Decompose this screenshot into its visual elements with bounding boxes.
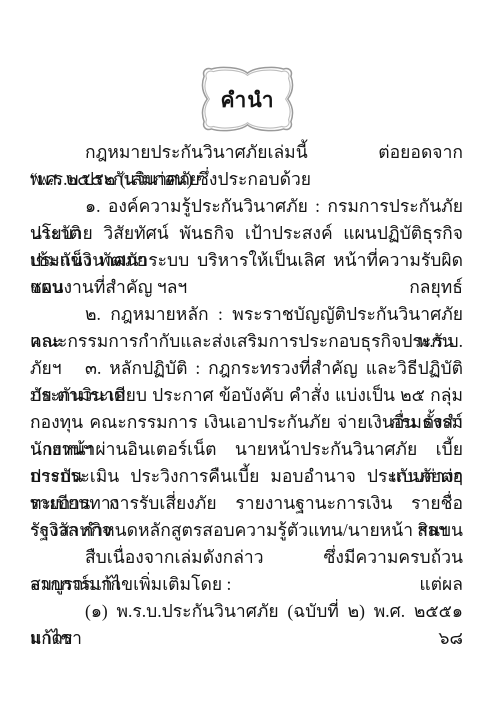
- paragraph: สืบเนื่องจากเล่มดังกล่าว ซึ่งมีความครบถ้…: [30, 544, 463, 598]
- text-line: ๑. องค์ความรู้ประกันวินาศภัย : กรมการประ…: [30, 193, 463, 220]
- text-line: นโยบาย วิสัยทัศน์ พันธกิจ เป้าประสงค์ แผ…: [30, 220, 463, 247]
- text-line: การประเมิน ประวิงการคืนเบี้ย มอบอำนาจ ปร…: [30, 463, 463, 490]
- text-line: คณะกรรมการกำกับและส่งเสริมการประกอบธุรกิ…: [30, 328, 463, 355]
- text-line: ทะเบียน การรับเสี่ยงภัย รายงานฐานะการเงิ…: [30, 490, 463, 517]
- document-page: คำนำ กฎหมายประกันวินาศภัยเล่มนี้ ต่อยอดจ…: [0, 0, 491, 718]
- paragraph: ๑. องค์ความรู้ประกันวินาศภัย : กรมการประ…: [30, 193, 463, 301]
- text-line: นายหน้าผ่านอินเตอร์เน็ต นายหน้าประกันวิน…: [30, 436, 463, 463]
- paragraph: ๒. กฎหมายหลัก : พระราชบัญญัติประกันวินาศ…: [30, 301, 463, 355]
- text-line: กองทุน คณะกรรมการ เงินเอาประกันภัย จ่ายเ…: [30, 409, 463, 436]
- paragraph: กฎหมายประกันวินาศภัยเล่มนี้ ต่อยอดจาก “พ…: [30, 139, 463, 193]
- paragraph: ๓. หลักปฏิบัติ : กฎกระทรวงที่สำคัญ และวิ…: [30, 355, 463, 544]
- title-frame: คำนำ: [200, 65, 295, 133]
- page-title: คำนำ: [200, 65, 295, 133]
- text-line: พ.ศ. ๒๕๕๒ (เล่มก่อน) ซึ่งประกอบด้วย: [30, 166, 463, 193]
- text-line: เข้มแข็ง พัฒนาระบบ บริหารให้เป็นเลิศ หน้…: [30, 247, 463, 274]
- text-line: (๑) พ.ร.บ.ประกันวินาศภัย (ฉบับที่ ๒) พ.ศ…: [30, 598, 463, 625]
- text-line: ๒. กฎหมายหลัก : พระราชบัญญัติประกันวินาศ…: [30, 301, 463, 328]
- text-line: รางวัล กำหนดหลักสูตรสอบความรู้ตัวแทน/นาย…: [30, 517, 463, 544]
- text-line: ๓. หลักปฏิบัติ : กฎกระทรวงที่สำคัญ และวิ…: [30, 355, 463, 382]
- text-line: กฎหมายประกันวินาศภัยเล่มนี้ ต่อยอดจาก “พ…: [30, 139, 463, 166]
- paragraph: (๑) พ.ร.บ.ประกันวินาศภัย (ฉบับที่ ๒) พ.ศ…: [30, 598, 463, 652]
- text-line: สืบเนื่องจากเล่มดังกล่าว ซึ่งมีความครบถ้…: [30, 544, 463, 571]
- document-body: กฎหมายประกันวินาศภัยเล่มนี้ ต่อยอดจาก “พ…: [30, 139, 463, 652]
- text-line: ภัย ตามระเบียบ ประกาศ ข้อบังคับ คำสั่ง แ…: [30, 382, 463, 409]
